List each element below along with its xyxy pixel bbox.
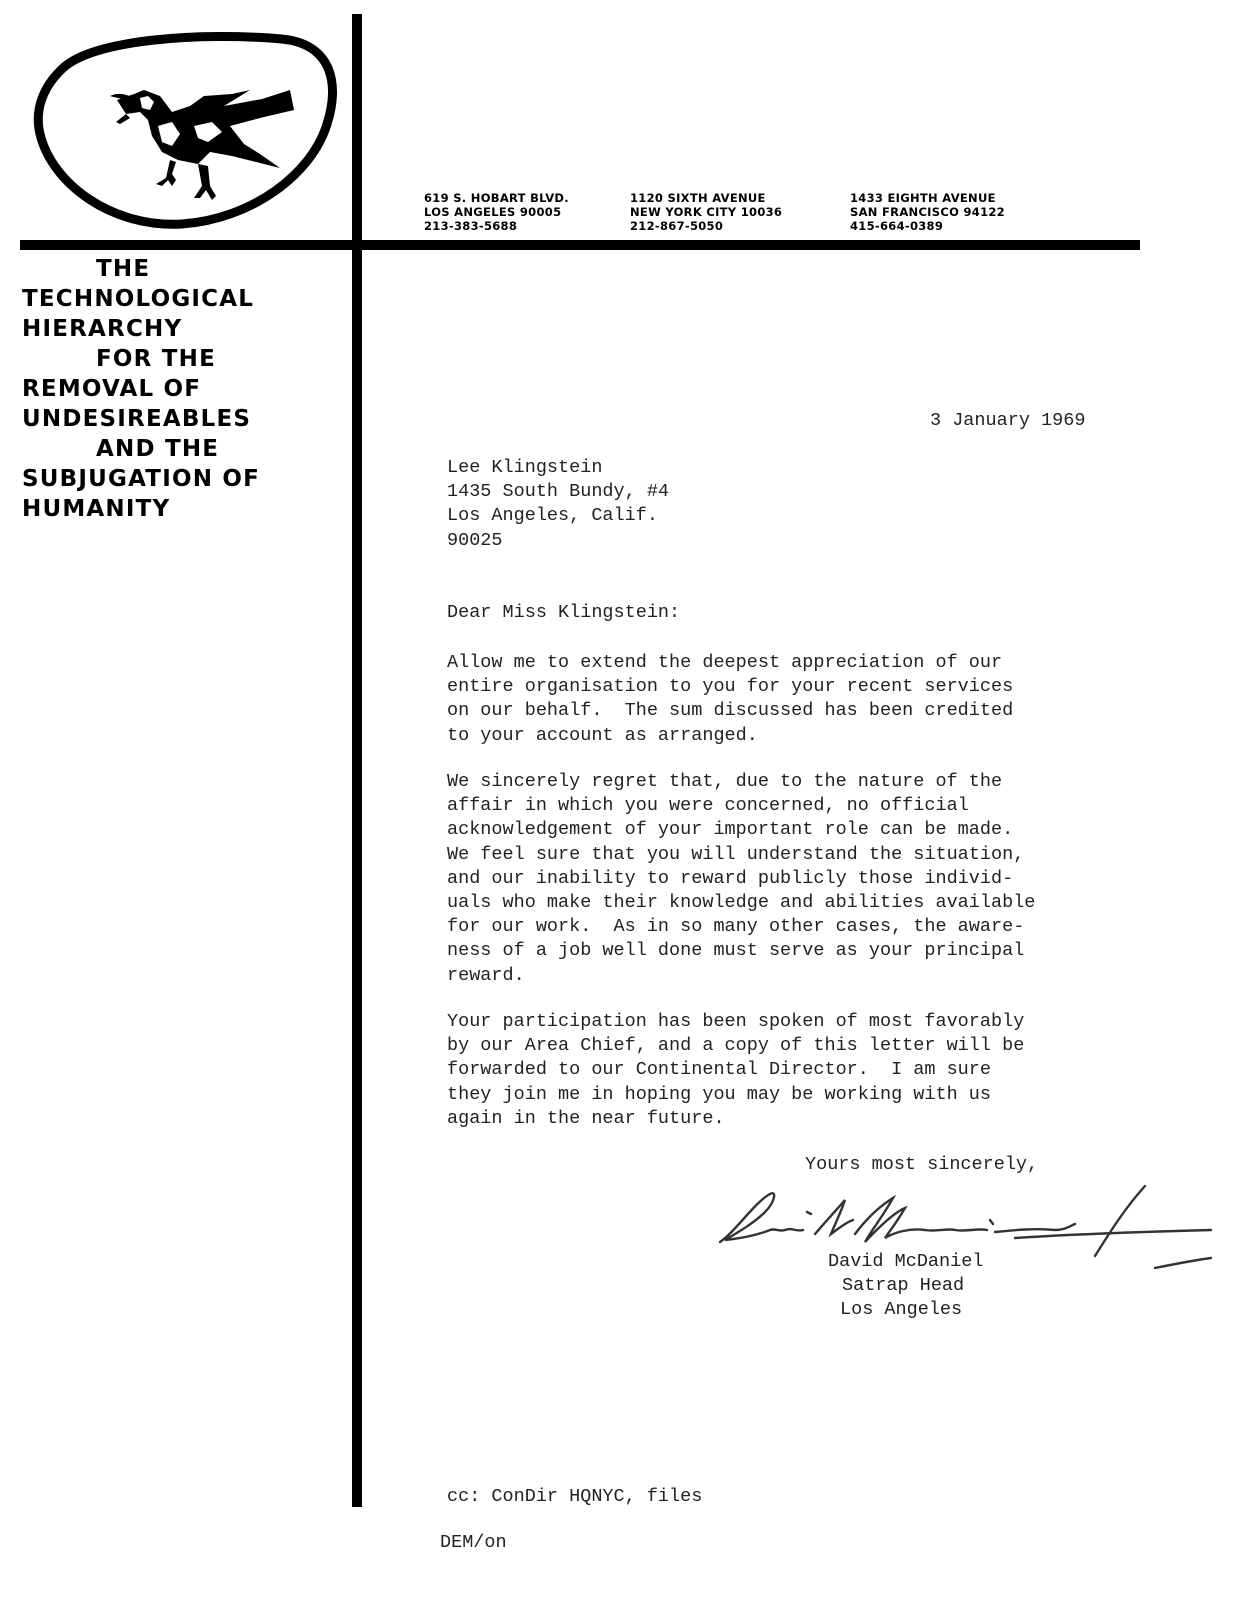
signer-title: Satrap Head: [828, 1274, 983, 1298]
carbon-copy-line: cc: ConDir HQNYC, files: [447, 1486, 702, 1507]
signer-name: David McDaniel: [828, 1250, 983, 1274]
office-address-los-angeles: 619 S. HOBART BLVD. LOS ANGELES 90005 21…: [424, 191, 569, 233]
org-line: HUMANITY: [22, 494, 260, 524]
letter-date: 3 January 1969: [930, 410, 1085, 431]
recipient-street: 1435 South Bundy, #4: [447, 480, 669, 504]
letterhead-vertical-rule: [352, 14, 362, 1507]
salutation: Dear Miss Klingstein:: [447, 601, 680, 625]
letterhead-horizontal-rule: [20, 240, 1140, 250]
org-line: HIERARCHY: [22, 314, 260, 344]
office-city: LOS ANGELES 90005: [424, 205, 569, 219]
org-line: FOR THE: [22, 344, 260, 374]
signer-block: David McDanielSatrap HeadLos Angeles: [828, 1250, 983, 1322]
organization-name: THE TECHNOLOGICAL HIERARCHY FOR THE REMO…: [22, 254, 260, 524]
org-line: TECHNOLOGICAL: [22, 284, 260, 314]
paragraph-3: Your participation has been spoken of mo…: [447, 1010, 1024, 1131]
office-city: NEW YORK CITY 10036: [630, 205, 782, 219]
signer-location: Los Angeles: [828, 1298, 983, 1322]
org-line: SUBJUGATION OF: [22, 464, 260, 494]
office-phone: 212-867-5050: [630, 219, 782, 233]
songbird-logo-icon: [22, 14, 342, 236]
reference-initials: DEM/on: [440, 1532, 507, 1553]
org-line: UNDESIREABLES: [22, 404, 260, 434]
office-address-new-york: 1120 SIXTH AVENUE NEW YORK CITY 10036 21…: [630, 191, 782, 233]
office-phone: 213-383-5688: [424, 219, 569, 233]
office-street: 1120 SIXTH AVENUE: [630, 191, 782, 205]
org-line: REMOVAL OF: [22, 374, 260, 404]
office-address-san-francisco: 1433 EIGHTH AVENUE SAN FRANCISCO 94122 4…: [850, 191, 1005, 233]
recipient-zip: 90025: [447, 529, 669, 553]
office-city: SAN FRANCISCO 94122: [850, 205, 1005, 219]
org-line: AND THE: [22, 434, 260, 464]
office-street: 1433 EIGHTH AVENUE: [850, 191, 1005, 205]
office-street: 619 S. HOBART BLVD.: [424, 191, 569, 205]
paragraph-2: We sincerely regret that, due to the nat…: [447, 770, 1035, 988]
office-phone: 415-664-0389: [850, 219, 1005, 233]
recipient-name: Lee Klingstein: [447, 456, 669, 480]
org-line: THE: [22, 254, 260, 284]
recipient-address: Lee Klingstein1435 South Bundy, #4Los An…: [447, 456, 669, 553]
recipient-city: Los Angeles, Calif.: [447, 504, 669, 528]
paragraph-1: Allow me to extend the deepest appreciat…: [447, 651, 1013, 748]
